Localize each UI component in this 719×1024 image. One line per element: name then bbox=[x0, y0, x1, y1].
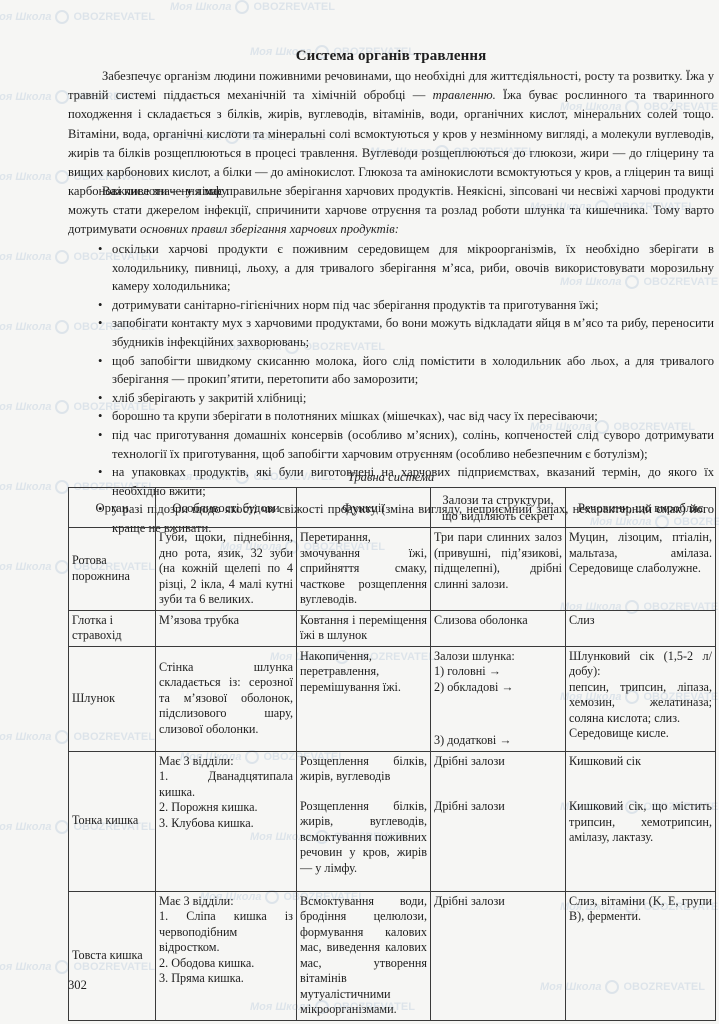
cell-structure: Має 3 відділи: 1. Дванадцятипала кишка. … bbox=[156, 751, 297, 891]
header-organ: Орган bbox=[69, 488, 156, 528]
substances-line: пепсин, трипсин, ліпаза, хемозин, желати… bbox=[569, 680, 712, 727]
glands-line: Дрібні залози bbox=[434, 799, 562, 815]
substances-line: Середовище кисле. bbox=[569, 726, 712, 742]
cell-organ: Товста кишка bbox=[69, 891, 156, 1020]
storage-paragraph: Важливе значення має правильне зберіганн… bbox=[68, 182, 714, 240]
cell-glands: Дрібні залози Дрібні залози bbox=[431, 751, 566, 891]
rule-item: щоб запобігти швидкому скисанню молока, … bbox=[112, 352, 714, 389]
storage-term: основних правил зберігання харчових прод… bbox=[140, 222, 399, 236]
glands-line: 1) головні → bbox=[434, 664, 562, 680]
substances-line: Кишковий сік, що містить трипсин, хемотр… bbox=[569, 799, 712, 846]
structure-line: 3. Пряма кишка. bbox=[159, 971, 293, 987]
structure-line: 1. Сліпа кишка із червоподібним відростк… bbox=[159, 909, 293, 956]
cell-substances: Слиз bbox=[566, 610, 716, 646]
table-row: Ротова порожнина Губи, щоки, піднебіння,… bbox=[69, 528, 716, 611]
cell-functions: Перетирання, змочування їжі, сприйняття … bbox=[297, 528, 431, 611]
cell-structure: Має 3 відділи: 1. Сліпа кишка із червопо… bbox=[156, 891, 297, 1020]
cell-functions: Розщеплення білків, жирів, вуглеводів Ро… bbox=[297, 751, 431, 891]
cell-substances: Слиз, вітаміни (K, E, групи B), ферменти… bbox=[566, 891, 716, 1020]
cell-functions: Ковтання і переміщення їжі в шлунок bbox=[297, 610, 431, 646]
cell-glands: Залози шлунка: 1) головні → 2) обкладові… bbox=[431, 646, 566, 751]
cell-organ: Ротова порожнина bbox=[69, 528, 156, 611]
substances-line: Кишковий сік bbox=[569, 754, 712, 770]
cell-substances: Кишковий сік Кишковий сік, що містить тр… bbox=[566, 751, 716, 891]
cell-organ: Глотка і стравохід bbox=[69, 610, 156, 646]
structure-line: 1. Дванадцятипала кишка. bbox=[159, 769, 293, 800]
structure-line: Має 3 відділи: bbox=[159, 894, 293, 910]
structure-line: 2. Ободова кишка. bbox=[159, 956, 293, 972]
table-header-row: Орган Особливості будови Функції Залози … bbox=[69, 488, 716, 528]
rule-item: хліб зберігають у закритій хлібниці; bbox=[112, 389, 714, 408]
table-row: Шлунок Стінка шлунка складається із: сер… bbox=[69, 646, 716, 751]
cell-glands: Дрібні залози bbox=[431, 891, 566, 1020]
watermark: Моя ШколаOBOZREVATEL bbox=[170, 0, 335, 14]
functions-line: Розщеплення білків, жирів, вуглеводів, в… bbox=[300, 799, 427, 877]
cell-substances: Шлунковий сік (1,5-2 л/добу): пепсин, тр… bbox=[566, 646, 716, 751]
structure-line: 2. Порожня кишка. bbox=[159, 800, 293, 816]
cell-structure: Губи, щоки, піднебіння, дно рота, язик, … bbox=[156, 528, 297, 611]
table-row: Тонка кишка Має 3 відділи: 1. Дванадцяти… bbox=[69, 751, 716, 891]
cell-substances: Муцин, лізоцим, птіалін, мальтаза, аміла… bbox=[566, 528, 716, 611]
structure-line: 3. Клубова кишка. bbox=[159, 816, 293, 832]
cell-organ: Шлунок bbox=[69, 646, 156, 751]
glands-line: 2) обкладові → bbox=[434, 680, 562, 696]
cell-organ: Тонка кишка bbox=[69, 751, 156, 891]
glands-line: 3) додаткові → bbox=[434, 733, 562, 749]
watermark: Моя ШколаOBOZREVATEL bbox=[0, 10, 155, 24]
rule-item: оскільки харчові продукти є поживним сер… bbox=[112, 240, 714, 296]
cell-functions: Накопичення, перетравлення, перемішуванн… bbox=[297, 646, 431, 751]
rule-item: борошно та крупи зберігати в полотняних … bbox=[112, 407, 714, 426]
cell-structure: М’язова трубка bbox=[156, 610, 297, 646]
page-number: 302 bbox=[68, 978, 87, 993]
structure-line: Має 3 відділи: bbox=[159, 754, 293, 770]
functions-line: Розщеплення білків, жирів, вуглеводів bbox=[300, 754, 427, 785]
table-caption: Травна система bbox=[68, 470, 714, 485]
table-row: Глотка і стравохід М’язова трубка Ковтан… bbox=[69, 610, 716, 646]
header-functions: Функції bbox=[297, 488, 431, 528]
substances-line: Шлунковий сік (1,5-2 л/добу): bbox=[569, 649, 712, 680]
rule-item: дотримувати санітарно-гігієнічних норм п… bbox=[112, 296, 714, 315]
header-structure: Особливості будови bbox=[156, 488, 297, 528]
rule-item: під час приготування домашніх консервів … bbox=[112, 426, 714, 463]
cell-glands: Слизова оболонка bbox=[431, 610, 566, 646]
section-title: Система органів травлення bbox=[68, 48, 714, 65]
header-substances: Речовини, що виробляє bbox=[566, 488, 716, 528]
glands-line: Дрібні залози bbox=[434, 754, 562, 770]
intro-term: травленню. bbox=[433, 88, 496, 102]
header-glands: Залози та структури, що виділяють секрет bbox=[431, 488, 566, 528]
rule-item: запобігати контакту мух з харчовими прод… bbox=[112, 314, 714, 351]
cell-structure: Стінка шлунка складається із: серозної т… bbox=[156, 646, 297, 751]
glands-line: Залози шлунка: bbox=[434, 649, 562, 665]
digestive-system-table: Орган Особливості будови Функції Залози … bbox=[68, 487, 716, 1021]
cell-glands: Три пари слинних залоз (привушні, під’яз… bbox=[431, 528, 566, 611]
table-row: Товста кишка Має 3 відділи: 1. Сліпа киш… bbox=[69, 891, 716, 1020]
cell-functions: Всмоктування води, бродіння целюлози, фо… bbox=[297, 891, 431, 1020]
